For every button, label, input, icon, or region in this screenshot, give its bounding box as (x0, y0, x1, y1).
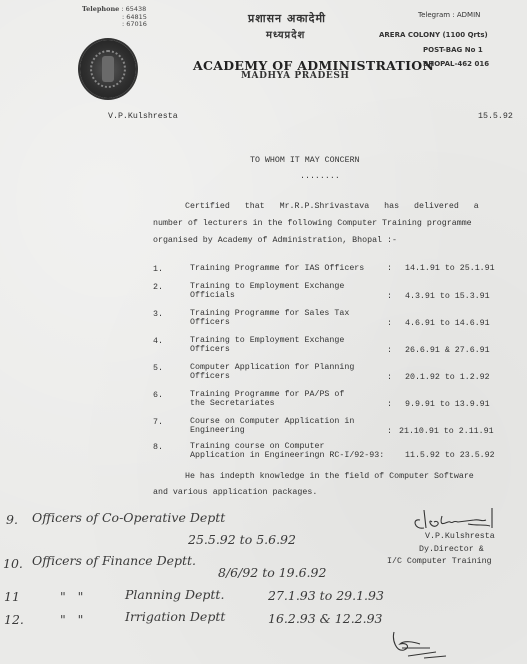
hw-item-text: Officers of Finance Deptt. (32, 553, 196, 568)
signatory-title-2: I/C Computer Training (387, 557, 492, 566)
item-title: Training Programme for IAS Officers (190, 265, 364, 274)
address-line-2: POST-BAG No 1 (423, 46, 483, 54)
hw-item-text: Irrigation Deptt (125, 609, 225, 624)
item-number: 6. (153, 391, 163, 400)
item-number: 2. (153, 283, 163, 292)
initials-mark-icon (390, 630, 450, 660)
closing-line-2: and various application packages. (153, 488, 317, 497)
telephone-label: Telephone (82, 5, 119, 13)
item-separator: : (387, 374, 392, 383)
signatory-title-1: Dy.Director & (419, 545, 484, 554)
letter-heading: TO WHOM IT MAY CONCERN (250, 156, 360, 165)
heading-rule: ........ (300, 172, 340, 181)
intro-line-3: organised by Academy of Administration, … (153, 236, 397, 245)
hindi-state-name: मध्यप्रदेश (266, 27, 305, 41)
item-separator: : (387, 320, 392, 329)
hw-ditto-marks: " " (60, 612, 83, 627)
item-number: 7. (153, 418, 163, 427)
item-separator: : (387, 347, 392, 356)
item-dates: 20.1.92 to 1.2.92 (405, 374, 490, 383)
hw-item-dates: 27.1.93 to 29.1.93 (268, 588, 384, 603)
item-number: 1. (153, 265, 163, 274)
closing-line-1: He has indepth knowledge in the field of… (185, 472, 474, 481)
item-title-cont: Engineering (190, 427, 245, 436)
item-dates: 26.6.91 & 27.6.91 (405, 347, 490, 356)
item-title-cont: Officials (190, 292, 235, 301)
hw-item-number: 11 (4, 589, 20, 604)
hw-item-number: 9. (6, 512, 18, 527)
item-title-cont: the Secretariates (190, 400, 275, 409)
hw-ditto-marks: " " (60, 589, 83, 604)
hw-item-dates: 16.2.93 & 12.2.93 (268, 611, 383, 626)
item-number: 4. (153, 337, 163, 346)
item-title-cont: Officers (190, 319, 230, 328)
sender-name: V.P.Kulshresta (108, 112, 178, 121)
item-title-cont: Officers (190, 346, 230, 355)
item-title-cont: Officers (190, 373, 230, 382)
item-separator: : (387, 428, 392, 437)
item-number: 3. (153, 310, 163, 319)
item-dates: 14.1.91 to 25.1.91 (405, 265, 495, 274)
item-dates: 9.9.91 to 13.9.91 (405, 401, 490, 410)
item-dates: 4.3.91 to 15.3.91 (405, 293, 490, 302)
item-separator: : (387, 293, 392, 302)
hw-item-text: Planning Deptt. (125, 587, 224, 602)
hindi-org-name: प्रशासन अकादेमी (248, 11, 326, 26)
item-title-cont: Application in Engineeringn RC-I/92-93: (190, 452, 384, 461)
letter-date: 15.5.92 (478, 112, 513, 121)
item-dates: 11.5.92 to 23.5.92 (405, 452, 495, 461)
item-separator: : (387, 401, 392, 410)
hw-item-number: 12. (4, 612, 24, 627)
signature-scribble-icon (408, 500, 518, 534)
hw-item-text: Officers of Co-Operative Deptt (32, 510, 225, 525)
signatory-name: V.P.Kulshresta (425, 532, 495, 541)
intro-line-1: Certified that Mr.R.P.Shrivastava has de… (185, 202, 479, 211)
telephone-block: Telephone : 65438 : 64815 : 67016 (82, 6, 147, 29)
address-line-3: BHOPAL-462 016 (423, 60, 489, 68)
item-dates: 4.6.91 to 14.6.91 (405, 320, 490, 329)
emblem-seal-icon (80, 40, 136, 98)
scanned-certificate-page: Telephone : 65438 : 64815 : 67016 प्रशास… (0, 0, 527, 664)
telephone-number-3: 67016 (126, 20, 147, 28)
address-line-1: ARERA COLONY (1100 Qrts) (379, 31, 488, 39)
hw-item-dates: 8/6/92 to 19.6.92 (218, 565, 326, 580)
item-number: 8. (153, 443, 163, 452)
hw-item-dates: 25.5.92 to 5.6.92 (188, 532, 296, 547)
item-separator: : (387, 265, 392, 274)
telegram-address: Telegram : ADMIN (418, 11, 480, 19)
org-state: MADHYA PRADESH (241, 71, 350, 81)
item-dates: 21.10.91 to 2.11.91 (399, 428, 494, 437)
hw-item-number: 10. (3, 556, 23, 571)
item-number: 5. (153, 364, 163, 373)
intro-line-2: number of lecturers in the following Com… (153, 219, 472, 228)
